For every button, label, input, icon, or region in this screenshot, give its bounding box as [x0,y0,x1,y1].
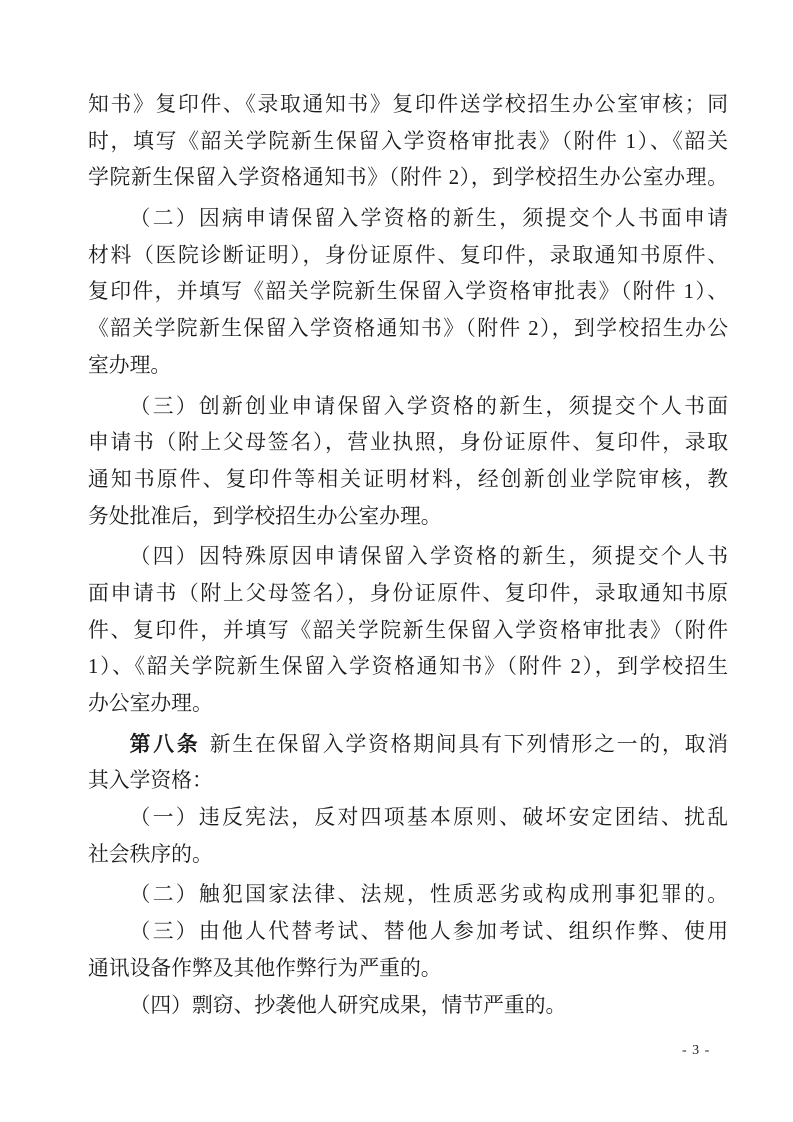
text-line: 《韶关学院新生保留入学资格通知书》（附件 2），到学校招生办公 [88,311,728,348]
text-line: （四）因特殊原因申请保留入学资格的新生，须提交个人书 [88,539,728,576]
article-number: 第八条 [130,733,201,756]
text-line: （二）触犯国家法律、法规，性质恶劣或构成刑事犯罪的。 [88,877,728,914]
page-number: - 3 - [682,1041,710,1061]
paragraph: （三）由他人代替考试、替他人参加考试、组织作弊、使用通讯设备作弊及其他作弊行为严… [88,914,728,987]
paragraph: （二）因病申请保留入学资格的新生，须提交个人书面申请材料（医院诊断证明），身份证… [88,201,728,384]
text-line: 通讯设备作弊及其他作弊行为严重的。 [88,951,728,988]
text-line: 务处批准后，到学校招生办公室办理。 [88,499,728,536]
document-page: 知书》复印件、《录取通知书》复印件送学校招生办公室审核；同时，填写《韶关学院新生… [0,0,793,1122]
text-line: 面申请书（附上父母签名），身份证原件、复印件，录取通知书原 [88,576,728,613]
text-line: 室办理。 [88,348,728,385]
text-line: 学院新生保留入学资格通知书》（附件 2），到学校招生办公室办理。 [88,160,728,197]
text-line: 知书》复印件、《录取通知书》复印件送学校招生办公室审核；同 [88,87,728,124]
paragraph: （四）因特殊原因申请保留入学资格的新生，须提交个人书面申请书（附上父母签名），身… [88,539,728,722]
text-line: 申请书（附上父母签名），营业执照，身份证原件、复印件，录取 [88,425,728,462]
text-line: 社会秩序的。 [88,837,728,874]
text-line: 第八条新生在保留入学资格期间具有下列情形之一的，取消 [88,727,728,764]
text-line: （一）违反宪法，反对四项基本原则、破坏安定团结、扰乱 [88,800,728,837]
text-line: 办公室办理。 [88,686,728,723]
text-line: 材料（医院诊断证明），身份证原件、复印件，录取通知书原件、 [88,238,728,275]
text-line: 通知书原件、复印件等相关证明材料，经创新创业学院审核，教 [88,462,728,499]
paragraph: 知书》复印件、《录取通知书》复印件送学校招生办公室审核；同时，填写《韶关学院新生… [88,87,728,197]
text-line: （三）由他人代替考试、替他人参加考试、组织作弊、使用 [88,914,728,951]
text-line: （三）创新创业申请保留入学资格的新生，须提交个人书面 [88,389,728,426]
text-line: （二）因病申请保留入学资格的新生，须提交个人书面申请 [88,201,728,238]
text-line: 件、复印件，并填写《韶关学院新生保留入学资格审批表》（附件 [88,613,728,650]
paragraph: （三）创新创业申请保留入学资格的新生，须提交个人书面申请书（附上父母签名），营业… [88,389,728,536]
text-line: 时，填写《韶关学院新生保留入学资格审批表》（附件 1）、《韶关 [88,124,728,161]
paragraph: （四）剽窃、抄袭他人研究成果，情节严重的。 [88,988,728,1025]
paragraph: 第八条新生在保留入学资格期间具有下列情形之一的，取消其入学资格： [88,727,728,800]
document-body: 知书》复印件、《录取通知书》复印件送学校招生办公室审核；同时，填写《韶关学院新生… [88,87,728,1024]
paragraph: （二）触犯国家法律、法规，性质恶劣或构成刑事犯罪的。 [88,877,728,914]
text-line: 1）、《韶关学院新生保留入学资格通知书》（附件 2），到学校招生 [88,649,728,686]
text-line: 复印件，并填写《韶关学院新生保留入学资格审批表》（附件 1）、 [88,274,728,311]
paragraph: （一）违反宪法，反对四项基本原则、破坏安定团结、扰乱社会秩序的。 [88,800,728,873]
text-line: （四）剽窃、抄袭他人研究成果，情节严重的。 [88,988,728,1025]
text-line: 其入学资格： [88,763,728,800]
